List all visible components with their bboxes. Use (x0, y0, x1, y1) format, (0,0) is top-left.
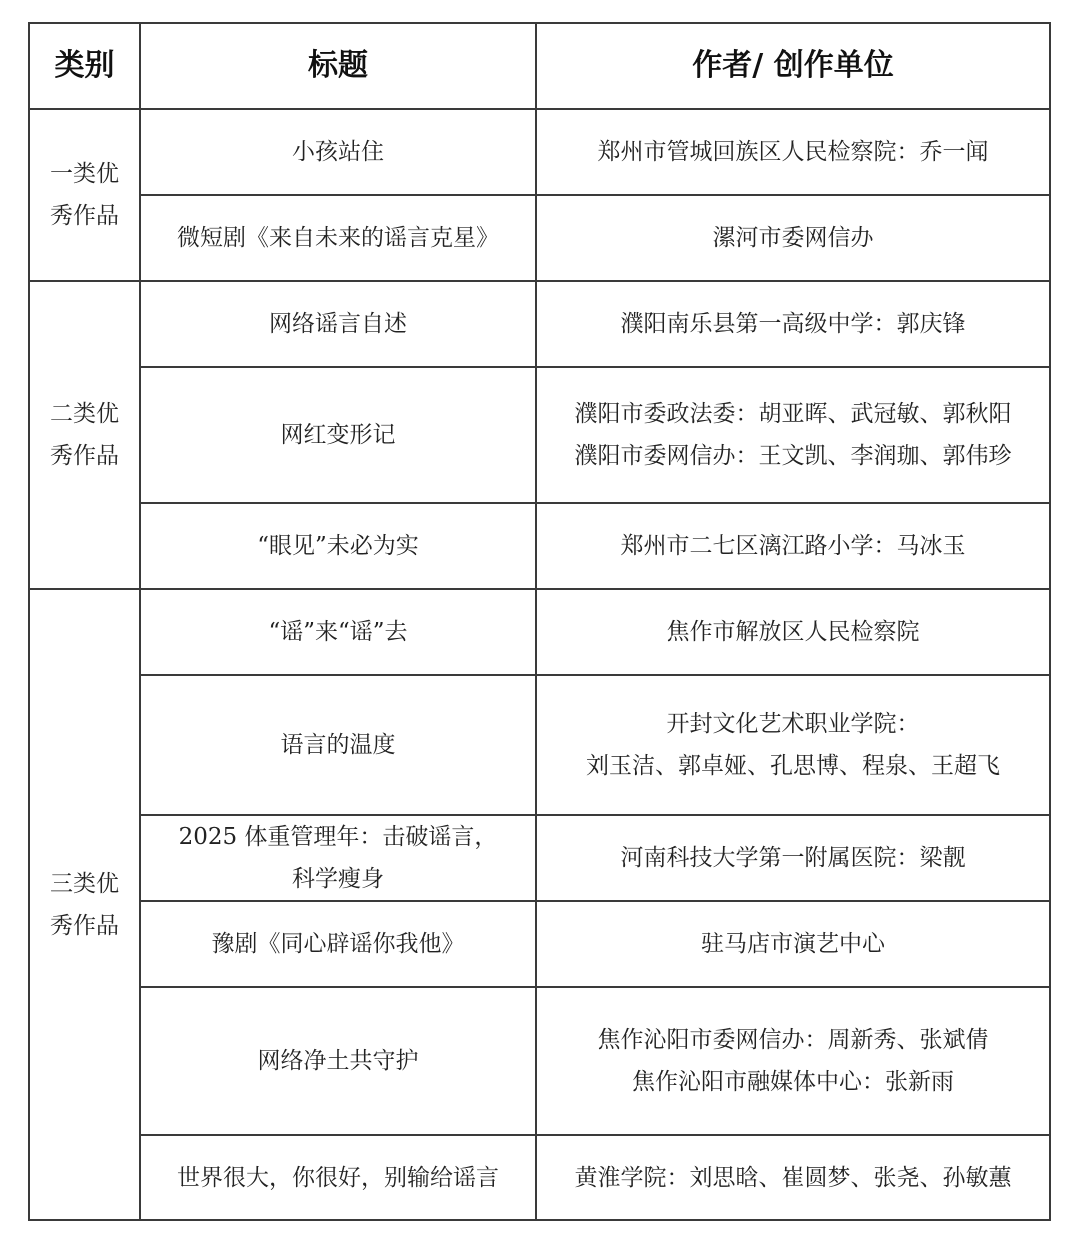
author-cell: 濮阳南乐县第一高级中学：郭庆锋 (536, 281, 1050, 367)
title-text: 世界很大，你很好，别输给谣言 (147, 1157, 529, 1199)
title-cell: 2025 体重管理年：击破谣言， 科学瘦身 (140, 815, 536, 901)
author-text: 漯河市委网信办 (543, 217, 1043, 259)
category-line: 二类优 (36, 393, 133, 435)
table-row: “眼见”未必为实 郑州市二七区漓江路小学：马冰玉 (29, 503, 1050, 589)
table-row: 网络净土共守护 焦作沁阳市委网信办：周新秀、张斌倩 焦作沁阳市融媒体中心：张新雨 (29, 987, 1050, 1135)
author-text: 濮阳南乐县第一高级中学：郭庆锋 (543, 303, 1043, 345)
table-row: 三类优 秀作品 “谣”来“谣”去 焦作市解放区人民检察院 (29, 589, 1050, 675)
header-category: 类别 (29, 23, 140, 109)
author-text: 开封文化艺术职业学院： (543, 703, 1043, 745)
author-text: 焦作沁阳市融媒体中心：张新雨 (543, 1061, 1043, 1103)
category-line: 秀作品 (36, 905, 133, 947)
title-cell: 世界很大，你很好，别输给谣言 (140, 1135, 536, 1220)
header-title: 标题 (140, 23, 536, 109)
header-author: 作者/ 创作单位 (536, 23, 1050, 109)
author-cell: 河南科技大学第一附属医院：梁靓 (536, 815, 1050, 901)
title-cell: 网络净土共守护 (140, 987, 536, 1135)
title-text: 2025 体重管理年：击破谣言， (147, 816, 529, 858)
title-cell: 网红变形记 (140, 367, 536, 503)
author-cell: 开封文化艺术职业学院： 刘玉洁、郭卓娅、孔思博、程泉、王超飞 (536, 675, 1050, 815)
category-cell: 一类优 秀作品 (29, 109, 140, 281)
title-text: 网络净土共守护 (147, 1040, 529, 1082)
table-row: 网红变形记 濮阳市委政法委：胡亚晖、武冠敏、郭秋阳 濮阳市委网信办：王文凯、李润… (29, 367, 1050, 503)
author-text: 焦作市解放区人民检察院 (543, 611, 1043, 653)
title-text: 语言的温度 (147, 724, 529, 766)
title-cell: 网络谣言自述 (140, 281, 536, 367)
title-text: 网络谣言自述 (147, 303, 529, 345)
category-cell: 二类优 秀作品 (29, 281, 140, 589)
author-text: 黄淮学院：刘思晗、崔圆梦、张尧、孙敏蕙 (543, 1157, 1043, 1199)
author-text: 濮阳市委政法委：胡亚晖、武冠敏、郭秋阳 (543, 393, 1043, 435)
category-line: 三类优 (36, 863, 133, 905)
title-cell: “眼见”未必为实 (140, 503, 536, 589)
author-text: 焦作沁阳市委网信办：周新秀、张斌倩 (543, 1019, 1043, 1061)
table-row: 微短剧《来自未来的谣言克星》 漯河市委网信办 (29, 195, 1050, 281)
title-cell: “谣”来“谣”去 (140, 589, 536, 675)
author-cell: 焦作沁阳市委网信办：周新秀、张斌倩 焦作沁阳市融媒体中心：张新雨 (536, 987, 1050, 1135)
author-cell: 焦作市解放区人民检察院 (536, 589, 1050, 675)
category-line: 一类优 (36, 153, 133, 195)
author-text: 驻马店市演艺中心 (543, 923, 1043, 965)
table-row: 一类优 秀作品 小孩站住 郑州市管城回族区人民检察院：乔一闻 (29, 109, 1050, 195)
title-cell: 小孩站住 (140, 109, 536, 195)
author-cell: 黄淮学院：刘思晗、崔圆梦、张尧、孙敏蕙 (536, 1135, 1050, 1220)
title-text: 豫剧《同心辟谣你我他》 (147, 923, 529, 965)
author-cell: 郑州市二七区漓江路小学：马冰玉 (536, 503, 1050, 589)
title-text: 微短剧《来自未来的谣言克星》 (147, 217, 529, 259)
category-cell: 三类优 秀作品 (29, 589, 140, 1220)
title-cell: 豫剧《同心辟谣你我他》 (140, 901, 536, 987)
title-cell: 语言的温度 (140, 675, 536, 815)
title-text: “眼见”未必为实 (147, 525, 529, 567)
author-cell: 漯河市委网信办 (536, 195, 1050, 281)
author-cell: 郑州市管城回族区人民检察院：乔一闻 (536, 109, 1050, 195)
category-line: 秀作品 (36, 195, 133, 237)
title-cell: 微短剧《来自未来的谣言克星》 (140, 195, 536, 281)
title-text: “谣”来“谣”去 (147, 611, 529, 653)
table-row: 二类优 秀作品 网络谣言自述 濮阳南乐县第一高级中学：郭庆锋 (29, 281, 1050, 367)
author-text: 河南科技大学第一附属医院：梁靓 (543, 837, 1043, 879)
table-row: 世界很大，你很好，别输给谣言 黄淮学院：刘思晗、崔圆梦、张尧、孙敏蕙 (29, 1135, 1050, 1220)
author-cell: 驻马店市演艺中心 (536, 901, 1050, 987)
title-text: 网红变形记 (147, 414, 529, 456)
header-row: 类别 标题 作者/ 创作单位 (29, 23, 1050, 109)
table-row: 语言的温度 开封文化艺术职业学院： 刘玉洁、郭卓娅、孔思博、程泉、王超飞 (29, 675, 1050, 815)
author-text: 郑州市管城回族区人民检察院：乔一闻 (543, 131, 1043, 173)
table-row: 2025 体重管理年：击破谣言， 科学瘦身 河南科技大学第一附属医院：梁靓 (29, 815, 1050, 901)
table-row: 豫剧《同心辟谣你我他》 驻马店市演艺中心 (29, 901, 1050, 987)
author-text: 郑州市二七区漓江路小学：马冰玉 (543, 525, 1043, 567)
author-text: 濮阳市委网信办：王文凯、李润珈、郭伟珍 (543, 435, 1043, 477)
category-line: 秀作品 (36, 435, 133, 477)
title-text: 小孩站住 (147, 131, 529, 173)
author-cell: 濮阳市委政法委：胡亚晖、武冠敏、郭秋阳 濮阳市委网信办：王文凯、李润珈、郭伟珍 (536, 367, 1050, 503)
awards-table: 类别 标题 作者/ 创作单位 一类优 秀作品 小孩站住 郑州市管城回族区人民检察… (28, 22, 1051, 1221)
author-text: 刘玉洁、郭卓娅、孔思博、程泉、王超飞 (543, 745, 1043, 787)
title-text: 科学瘦身 (147, 858, 529, 900)
